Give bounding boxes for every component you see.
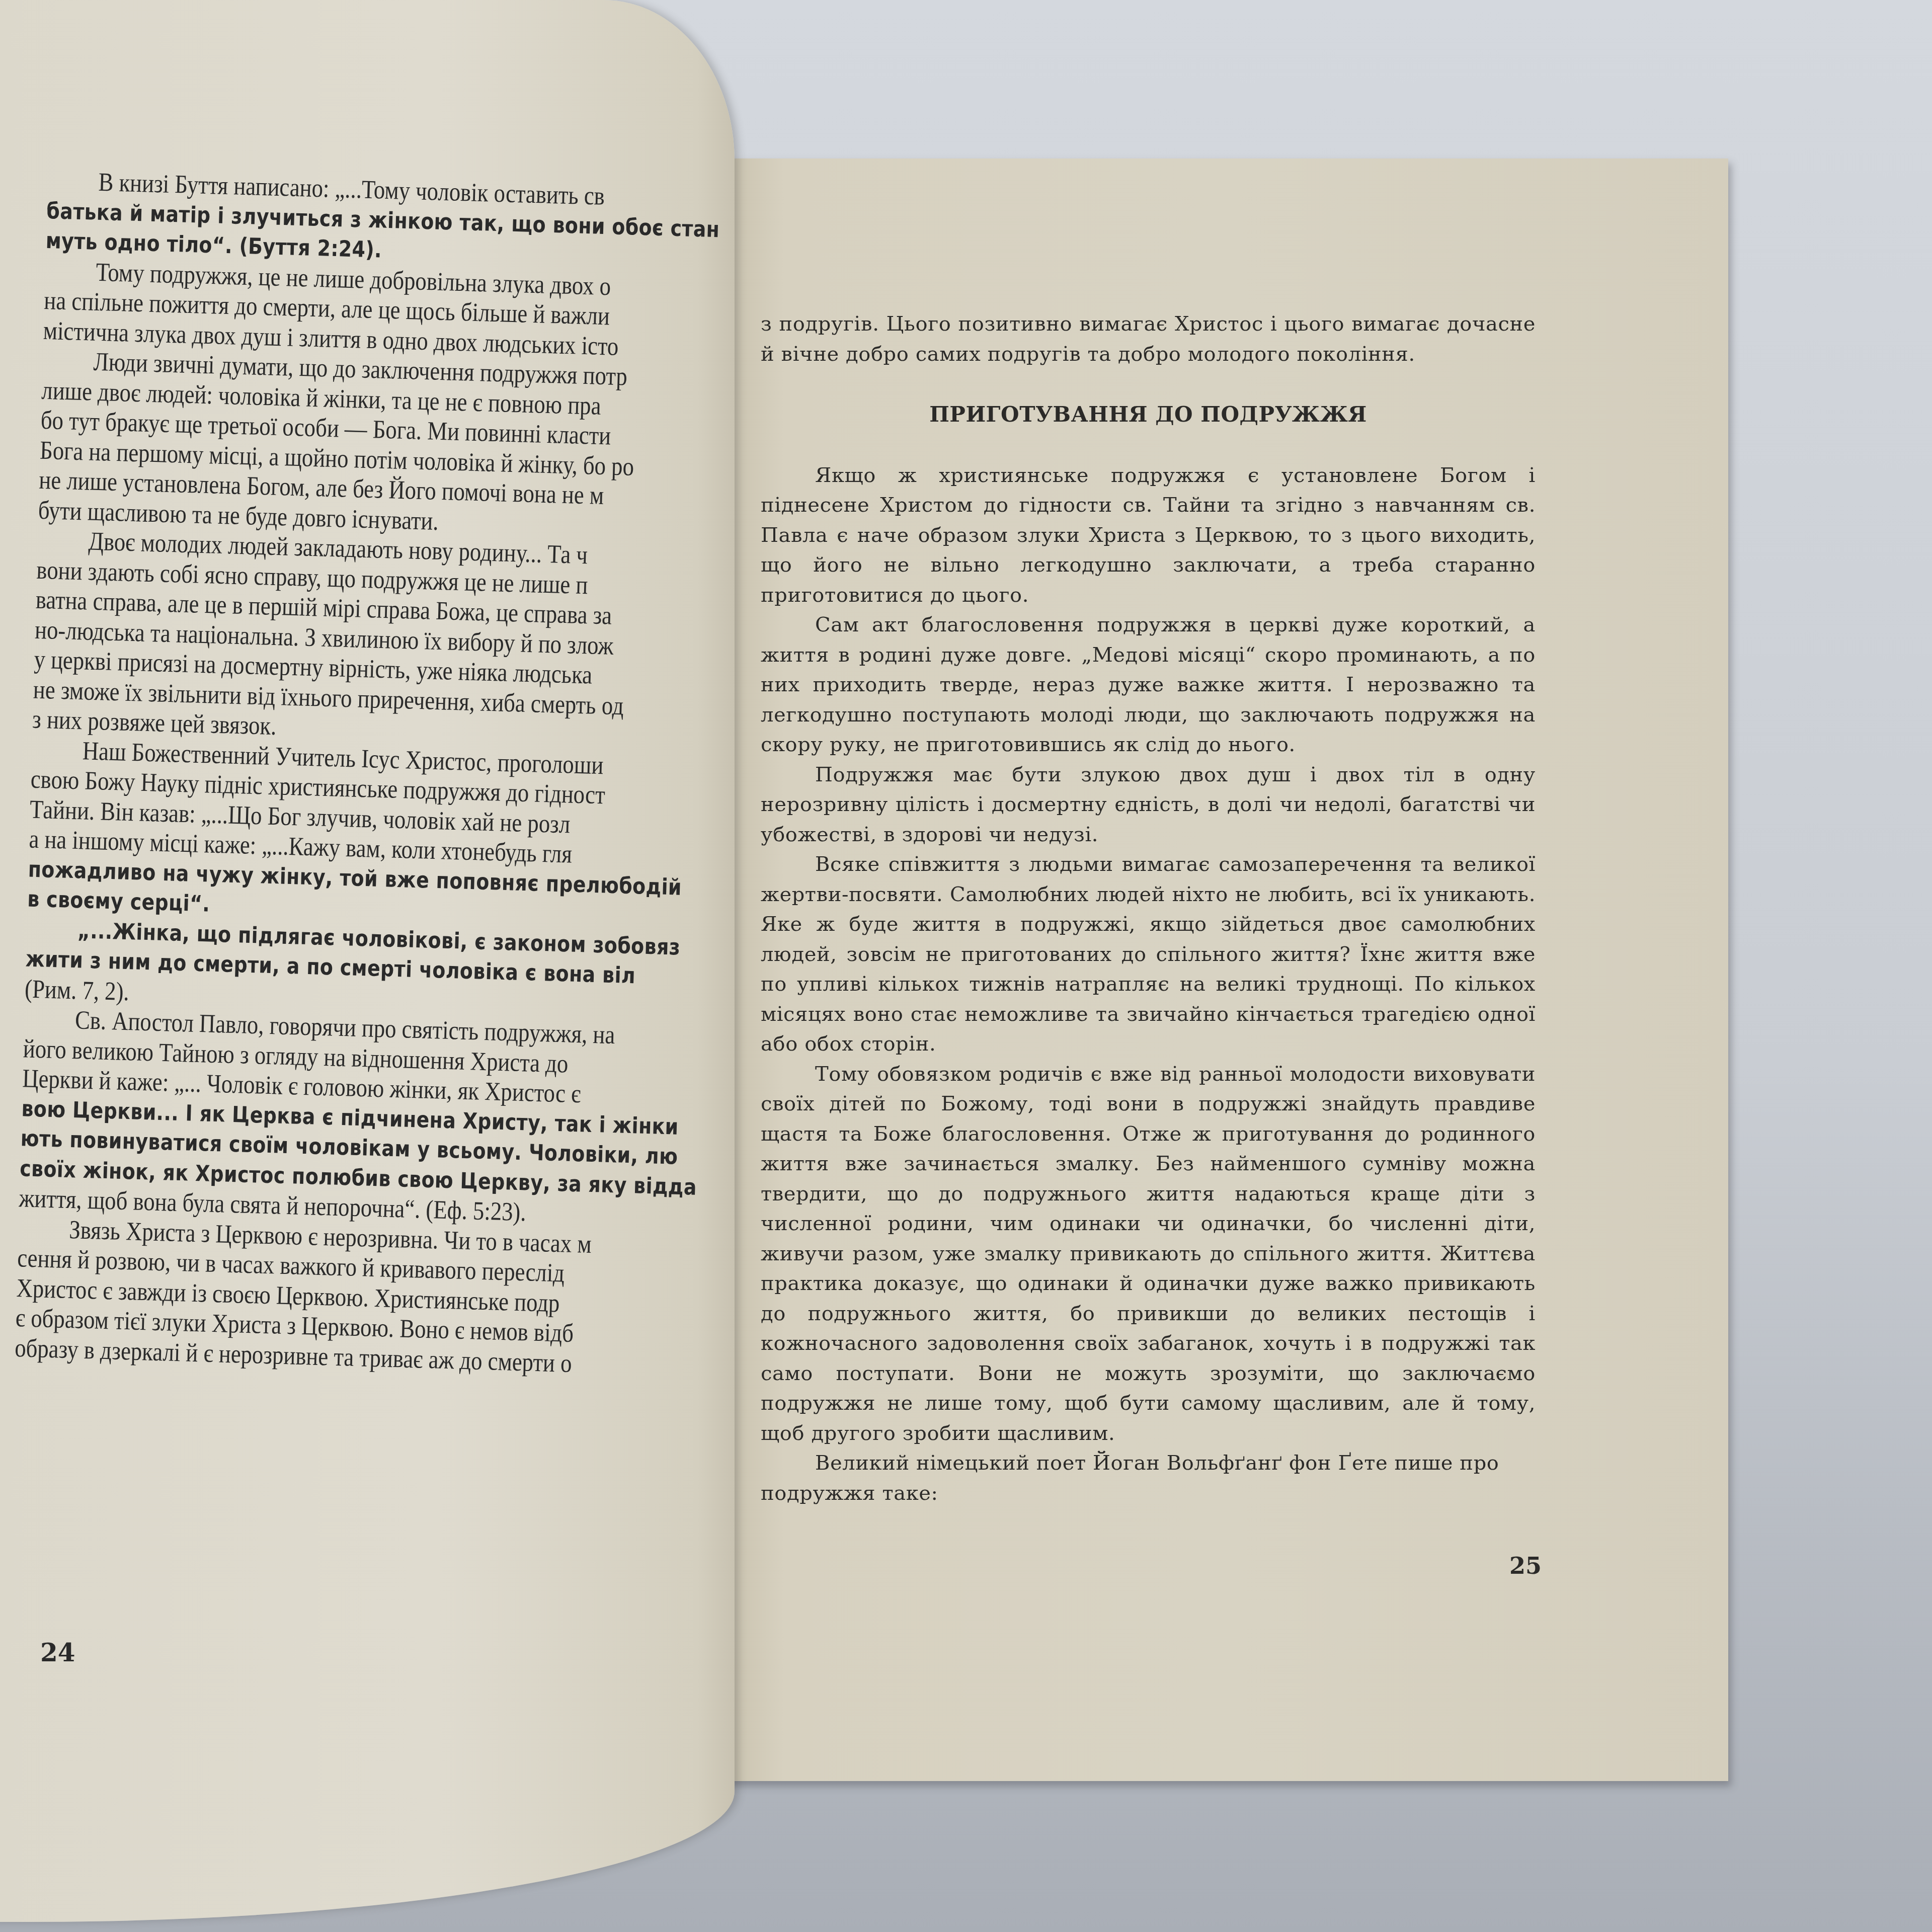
- right-page-body: з подругів. Цього позитивно вимагає Хрис…: [761, 309, 1536, 1508]
- paragraph: Всяке співжиття з людьми вимагає самозап…: [761, 850, 1536, 1060]
- page-number: 25: [1509, 1552, 1542, 1579]
- paragraph: Сам акт благословення подружжя в церкві …: [761, 610, 1536, 760]
- paragraph: Тому обовязком родичів є вже від ранньої…: [761, 1060, 1536, 1449]
- left-page-body: В книзі Буття написано: „...Тому чоловік…: [15, 166, 662, 1380]
- paragraph: Великий німецький поет Йоган Вольфґанґ ф…: [761, 1448, 1536, 1508]
- paragraph: Подружжя має бути злукою двох душ і двох…: [761, 760, 1536, 850]
- paragraph: Якщо ж християнське подружжя є установле…: [761, 461, 1536, 611]
- right-page: з подругів. Цього позитивно вимагає Хрис…: [725, 158, 1728, 1781]
- page-number: 24: [40, 1638, 75, 1667]
- section-heading: ПРИГОТУВАННЯ ДО ПОДРУЖЖЯ: [761, 399, 1536, 430]
- continuation-paragraph: з подругів. Цього позитивно вимагає Хрис…: [761, 309, 1536, 369]
- left-page: В книзі Буття написано: „...Тому чоловік…: [0, 0, 735, 1922]
